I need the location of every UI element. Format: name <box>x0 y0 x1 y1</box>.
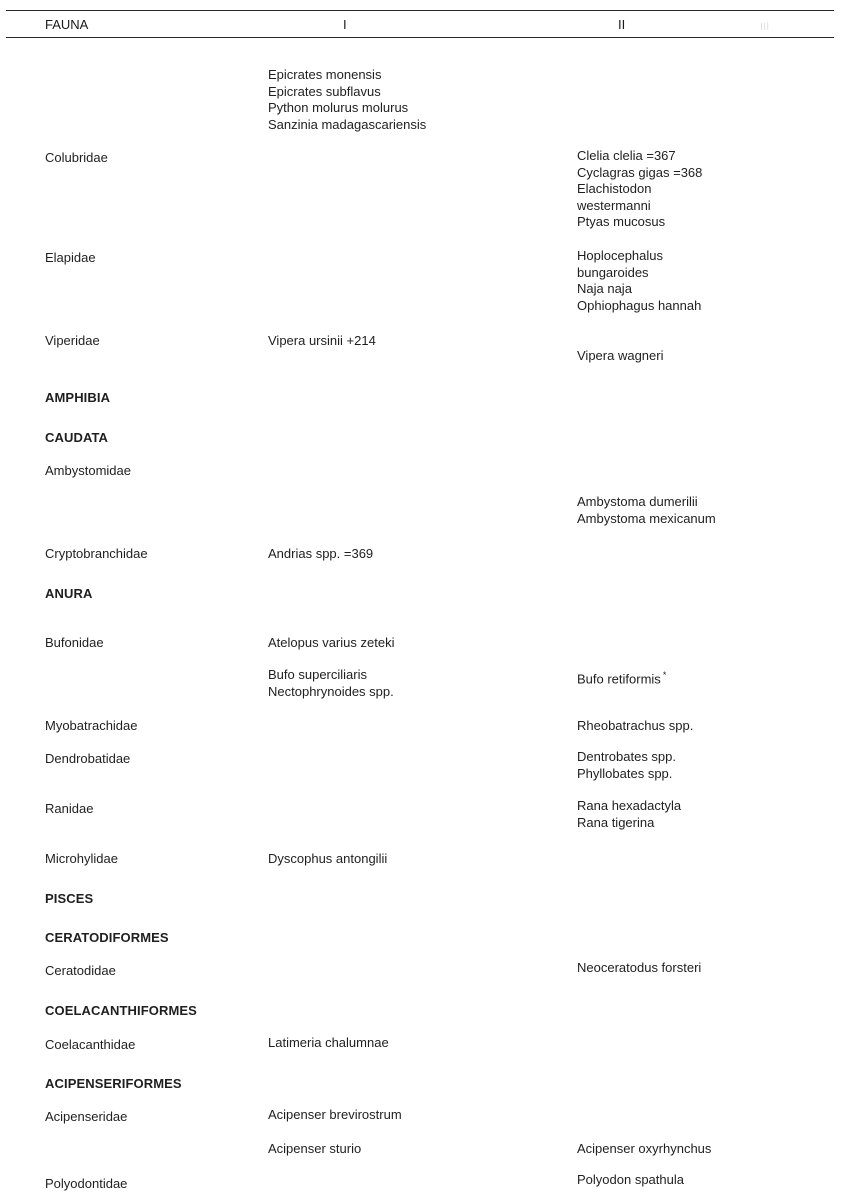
family-name: Ambystomidae <box>45 463 131 480</box>
species-name: Clelia clelia =367 <box>577 148 702 165</box>
species-name: Dyscophus antongilii <box>268 851 387 868</box>
column-header-appendix-ii: II <box>618 17 625 33</box>
species-name: Polyodon spathula <box>577 1172 684 1189</box>
section-heading: COELACANTHIFORMES <box>45 1003 197 1020</box>
family-name: Dendrobatidae <box>45 751 130 768</box>
family-name: Ranidae <box>45 801 93 818</box>
species-name: Andrias spp. =369 <box>268 546 373 563</box>
appendix-ii-species: Ambystoma dumeriliiAmbystoma mexicanum <box>577 494 716 527</box>
species-name: Acipenser sturio <box>268 1141 361 1158</box>
family-name: Ceratodidae <box>45 963 116 980</box>
column-header-fauna: FAUNA <box>45 17 88 33</box>
appendix-ii-species: Acipenser oxyrhynchus <box>577 1141 711 1158</box>
section-heading: ANURA <box>45 586 92 603</box>
appendix-ii-species: Vipera wagneri <box>577 348 663 365</box>
appendix-ii-species: Bufo retiformis* <box>577 667 666 688</box>
appendix-i-species: Latimeria chalumnae <box>268 1035 389 1052</box>
appendix-ii-species: Rheobatrachus spp. <box>577 718 693 735</box>
species-name: Atelopus varius zeteki <box>268 635 394 652</box>
appendix-ii-species: Polyodon spathula <box>577 1172 684 1189</box>
appendix-ii-species: HoplocephalusbungaroidesNaja najaOphioph… <box>577 248 701 314</box>
appendix-i-species: Dyscophus antongilii <box>268 851 387 868</box>
section-heading: AMPHIBIA <box>45 390 110 407</box>
table-top-rule <box>6 10 834 11</box>
species-name: Nectophrynoides spp. <box>268 684 394 701</box>
species-name: Phyllobates spp. <box>577 766 676 783</box>
appendix-i-species: Bufo superciliarisNectophrynoides spp. <box>268 667 394 700</box>
family-name: Coelacanthidae <box>45 1037 135 1054</box>
species-name: Hoplocephalus <box>577 248 701 265</box>
section-heading: PISCES <box>45 891 93 908</box>
species-name: Vipera wagneri <box>577 348 663 365</box>
species-name: Dentrobates spp. <box>577 749 676 766</box>
appendix-ii-species: Clelia clelia =367Cyclagras gigas =368El… <box>577 148 702 231</box>
section-heading: ACIPENSERIFORMES <box>45 1076 182 1093</box>
species-name: Rana tigerina <box>577 815 681 832</box>
family-name: Viperidae <box>45 333 100 350</box>
species-name: Epicrates subflavus <box>268 84 426 101</box>
family-name: Bufonidae <box>45 635 104 652</box>
species-name: westermanni <box>577 198 702 215</box>
section-heading: CAUDATA <box>45 430 108 447</box>
appendix-ii-species: Dentrobates spp.Phyllobates spp. <box>577 749 676 782</box>
species-name: Vipera ursinii +214 <box>268 333 376 350</box>
appendix-i-species: Atelopus varius zeteki <box>268 635 394 652</box>
appendix-i-species: Acipenser brevirostrum <box>268 1107 402 1124</box>
family-name: Colubridae <box>45 150 108 167</box>
species-name: Ambystoma mexicanum <box>577 511 716 528</box>
family-name: Cryptobranchidae <box>45 546 148 563</box>
species-name: Elachistodon <box>577 181 702 198</box>
species-name: Bufo superciliaris <box>268 667 394 684</box>
species-name: Ptyas mucosus <box>577 214 702 231</box>
family-name: Elapidae <box>45 250 96 267</box>
species-name: Naja naja <box>577 281 701 298</box>
species-name: Epicrates monensis <box>268 67 426 84</box>
family-name: Myobatrachidae <box>45 718 138 735</box>
species-name: bungaroides <box>577 265 701 282</box>
footnote-mark: * <box>663 670 667 680</box>
appendix-i-species: Epicrates monensisEpicrates subflavusPyt… <box>268 67 426 133</box>
species-name: Ambystoma dumerilii <box>577 494 716 511</box>
appendix-ii-species: Neoceratodus forsteri <box>577 960 701 977</box>
table-header-rule <box>6 37 834 38</box>
family-name: Microhylidae <box>45 851 118 868</box>
species-name: Latimeria chalumnae <box>268 1035 389 1052</box>
species-name: Cyclagras gigas =368 <box>577 165 702 182</box>
section-heading: CERATODIFORMES <box>45 930 169 947</box>
appendix-i-species: Vipera ursinii +214 <box>268 333 376 350</box>
appendix-ii-species: Rana hexadactylaRana tigerina <box>577 798 681 831</box>
species-name: Neoceratodus forsteri <box>577 960 701 977</box>
species-name: Sanzinia madagascariensis <box>268 117 426 134</box>
family-name: Polyodontidae <box>45 1176 127 1193</box>
appendix-i-species: Acipenser sturio <box>268 1141 361 1158</box>
column-header-appendix-i: I <box>343 17 347 33</box>
family-name: Acipenseridae <box>45 1109 127 1126</box>
species-name: Rheobatrachus spp. <box>577 718 693 735</box>
column-header-appendix-iii: III <box>760 19 769 35</box>
appendix-i-species: Andrias spp. =369 <box>268 546 373 563</box>
species-name: Bufo retiformis* <box>577 667 666 688</box>
species-name: Ophiophagus hannah <box>577 298 701 315</box>
species-name: Acipenser oxyrhynchus <box>577 1141 711 1158</box>
species-name: Python molurus molurus <box>268 100 426 117</box>
species-name: Rana hexadactyla <box>577 798 681 815</box>
species-name: Acipenser brevirostrum <box>268 1107 402 1124</box>
